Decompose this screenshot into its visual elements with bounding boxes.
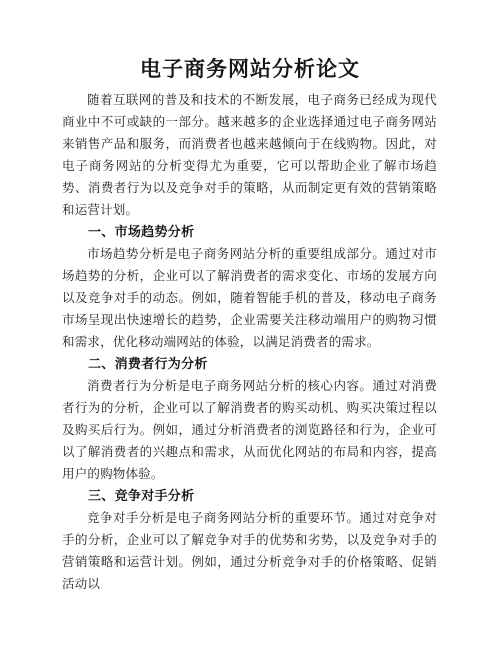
section-paragraph-competitor-analysis: 竞争对手分析是电子商务网站分析的重要环节。通过对竞争对手的分析，企业可以了解竞争… <box>62 507 437 595</box>
section-paragraph-market-trend: 市场趋势分析是电子商务网站分析的重要组成部分。通过对市场趋势的分析，企业可以了解… <box>62 243 437 353</box>
section-heading-consumer-behavior: 二、消费者行为分析 <box>62 353 437 375</box>
section-heading-market-trend: 一、市场趋势分析 <box>62 221 437 243</box>
section-paragraph-consumer-behavior: 消费者行为分析是电子商务网站分析的核心内容。通过对消费者行为的分析，企业可以了解… <box>62 375 437 485</box>
section-heading-competitor-analysis: 三、竞争对手分析 <box>62 485 437 507</box>
document-title: 电子商务网站分析论文 <box>0 54 500 84</box>
document-body: 随着互联网的普及和技术的不断发展，电子商务已经成为现代商业中不可或缺的一部分。越… <box>62 89 437 595</box>
intro-paragraph: 随着互联网的普及和技术的不断发展，电子商务已经成为现代商业中不可或缺的一部分。越… <box>62 89 437 221</box>
document-page: 电子商务网站分析论文 随着互联网的普及和技术的不断发展，电子商务已经成为现代商业… <box>0 0 500 647</box>
